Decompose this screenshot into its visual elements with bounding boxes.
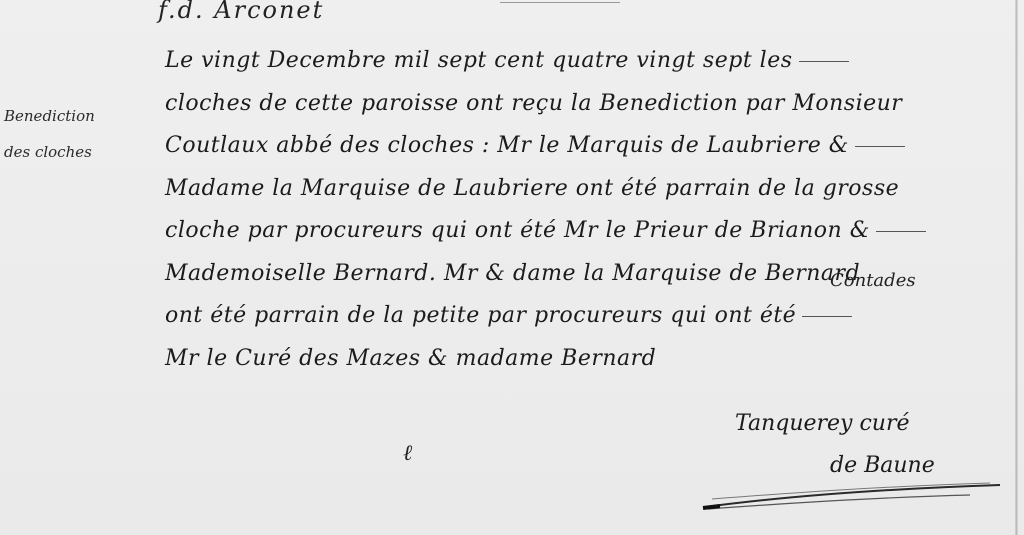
entry-line-text: cloches de cette paroisse ont reçu la Be…: [165, 91, 902, 116]
stray-ink-mark: ℓ: [403, 440, 412, 466]
entry-line-text: Mademoiselle Bernard. Mr & dame la Marqu…: [165, 261, 860, 286]
entry-line-text: Coutlaux abbé des cloches : Mr le Marqui…: [165, 133, 849, 158]
signature-flourish-icon: [700, 475, 1010, 515]
entry-line-2: cloches de cette paroisse ont reçu la Be…: [165, 83, 985, 126]
margin-note-line: des cloches: [4, 134, 149, 170]
entry-line-text: cloche par procureurs qui ont été Mr le …: [165, 218, 870, 243]
line-filler-dash: [802, 316, 852, 317]
interlinear-insertion: Contades: [830, 270, 916, 291]
entry-line-text: Madame la Marquise de Laubriere ont été …: [165, 176, 899, 201]
entry-line-text: ont été parrain de la petite par procure…: [165, 303, 796, 328]
entry-line-3: Coutlaux abbé des cloches : Mr le Marqui…: [165, 125, 985, 168]
entry-line-7: ont été parrain de la petite par procure…: [165, 295, 985, 338]
entry-line-text: Le vingt Decembre mil sept cent quatre v…: [165, 48, 793, 73]
margin-note-line: Benediction: [4, 98, 149, 134]
entry-line-4: Madame la Marquise de Laubriere ont été …: [165, 168, 985, 211]
top-rule-fragment: [500, 2, 620, 3]
line-filler-dash: [799, 61, 849, 62]
page-edge: [1015, 0, 1018, 535]
page-header-fragment: f.d. Arconet: [158, 0, 324, 24]
entry-line-5: cloche par procureurs qui ont été Mr le …: [165, 210, 985, 253]
entry-line-8: Mr le Curé des Mazes & madame Bernard: [165, 338, 985, 381]
entry-body: Le vingt Decembre mil sept cent quatre v…: [165, 40, 985, 380]
signature-name: Tanquerey curé: [735, 403, 935, 445]
margin-note: Benediction des cloches: [4, 98, 149, 170]
entry-line-text: Mr le Curé des Mazes & madame Bernard: [165, 346, 656, 371]
register-page: f.d. Arconet Benediction des cloches Le …: [0, 0, 1024, 535]
line-filler-dash: [855, 146, 905, 147]
line-filler-dash: [876, 231, 926, 232]
entry-line-1: Le vingt Decembre mil sept cent quatre v…: [165, 40, 985, 83]
